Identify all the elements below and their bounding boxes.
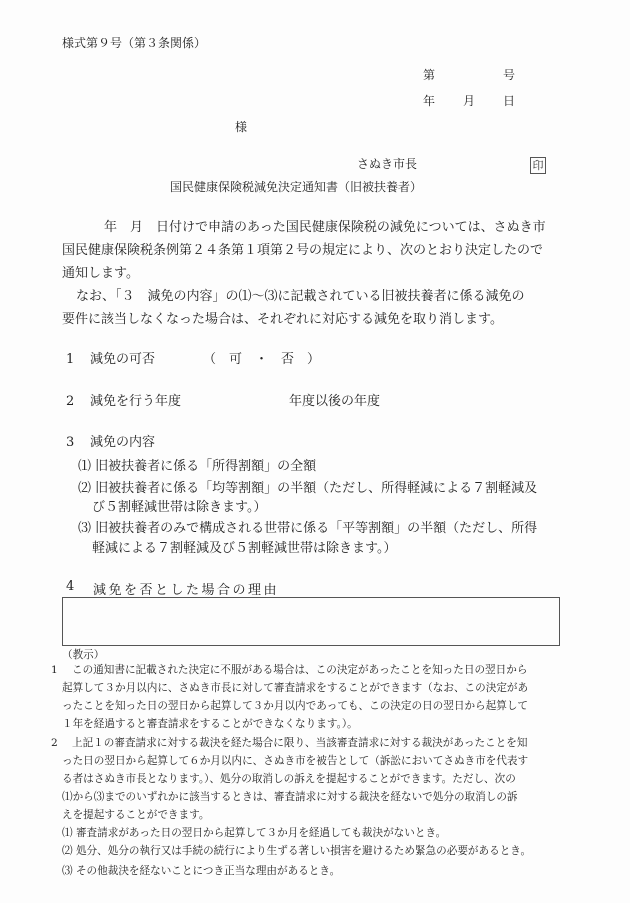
reduction-item-2-line-2: び５割軽減世帯は除きます。） xyxy=(92,500,266,515)
notice-2-line-2: った日の翌日から起算して６か月以内に、さぬき市を被告として（訴訟においてさぬき市… xyxy=(62,754,528,768)
reduction-item-3-line-1: ⑶ 旧被扶養者のみで構成される世帯に係る「平等割額」の半額（ただし、所得 xyxy=(78,521,537,536)
section-3-num: 3 xyxy=(66,435,74,450)
section-3-label: 減免の内容 xyxy=(90,435,155,450)
intro-line-2: 国民健康保険税条例第２４条第１項第２号の規定により、次のとおり決定したので xyxy=(62,243,543,258)
section-2-num: 2 xyxy=(66,394,74,409)
intro-line-5: 要件に該当しなくなった場合は、それぞれに対応する減免を取り消します。 xyxy=(62,312,503,327)
notice-2-subitem-3: ⑶ その他裁決を経ないことにつき正当な理由があるとき。 xyxy=(62,864,340,878)
reduction-item-2-line-1: ⑵ 旧被扶養者に係る「均等割額」の半額（ただし、所得軽減による７割軽減及 xyxy=(78,481,537,496)
approval-options[interactable]: （ 可 ・ 否 ） xyxy=(203,352,320,367)
section-4-num: 4 xyxy=(66,579,77,594)
section-4-label: 減免を否とした場合の理由 xyxy=(93,579,279,598)
notice-1-line-2: 起算して３か月以内に、さぬき市長に対して審査請求をすることができます（なお、この… xyxy=(62,681,528,695)
document-title: 国民健康保険税減免決定通知書（旧被扶養者） xyxy=(170,180,422,195)
seal-icon: 印 xyxy=(530,157,546,174)
addressee-suffix: 様 xyxy=(235,120,247,135)
notice-2-line-3: る者はさぬき市長となります。）、処分の取消しの訴えを提起することができます。ただ… xyxy=(62,772,516,786)
notice-2-num: 2 xyxy=(51,736,58,750)
intro-line-4: なお、「３ 減免の内容」の⑴～⑶に記載されている旧被扶養者に係る減免の xyxy=(76,289,525,304)
notice-2-subitem-2: ⑵ 処分、処分の執行又は手続の続行により生ずる著しい損害を避けるため緊急の必要が… xyxy=(62,844,531,858)
date-month: 月 xyxy=(463,94,475,109)
section-2-label: 減免を行う年度 xyxy=(90,394,181,409)
number-suffix: 号 xyxy=(503,68,515,83)
date-year: 年 xyxy=(423,94,435,109)
section-1-label: 減免の可否 xyxy=(90,352,155,367)
notice-2-subitem-1: ⑴ 審査請求があった日の翌日から起算して３か月を経過しても裁決がないとき。 xyxy=(62,826,446,840)
notice-1-line-4: １年を経過すると審査請求をすることができなくなります。）。 xyxy=(62,717,358,731)
notice-heading: （教示） xyxy=(62,648,104,662)
section-1-num: 1 xyxy=(66,352,74,367)
issuer-name: さぬき市長 xyxy=(357,157,417,172)
reason-field[interactable] xyxy=(62,597,560,646)
notice-1-line-1: この通知書に記載された決定に不服がある場合は、この決定があったことを知った日の翌… xyxy=(72,663,527,677)
reduction-item-1: ⑴ 旧被扶養者に係る「所得割額」の全額 xyxy=(78,459,316,474)
date-day: 日 xyxy=(503,94,515,109)
reduction-item-3-line-2: 軽減による７割軽減及び５割軽減世帯は除きます。） xyxy=(92,541,396,556)
number-prefix: 第 xyxy=(423,68,435,83)
fiscal-year-value: 年度以後の年度 xyxy=(289,394,380,409)
notice-1-num: 1 xyxy=(51,663,58,677)
notice-2-line-4: ⑴から⑶までのいずれかに該当するときは、審査請求に対する裁決を経ないで処分の取消… xyxy=(62,790,518,804)
intro-line-1: 年 月 日付けで申請のあった国民健康保険税の減免については、さぬき市 xyxy=(104,220,546,235)
intro-line-3: 通知します。 xyxy=(62,266,139,281)
notice-2-line-1: 上記１の審査請求に対する裁決を経た場合に限り、当該審査請求に対する裁決があったこ… xyxy=(72,736,527,750)
notice-1-line-3: ったことを知った日の翌日から起算して３か月以内であっても、この決定の日の翌日から… xyxy=(62,699,528,713)
notice-2-line-5: えを提起することができます。 xyxy=(62,808,209,822)
form-label: 様式第９号（第３条関係） xyxy=(62,36,206,51)
